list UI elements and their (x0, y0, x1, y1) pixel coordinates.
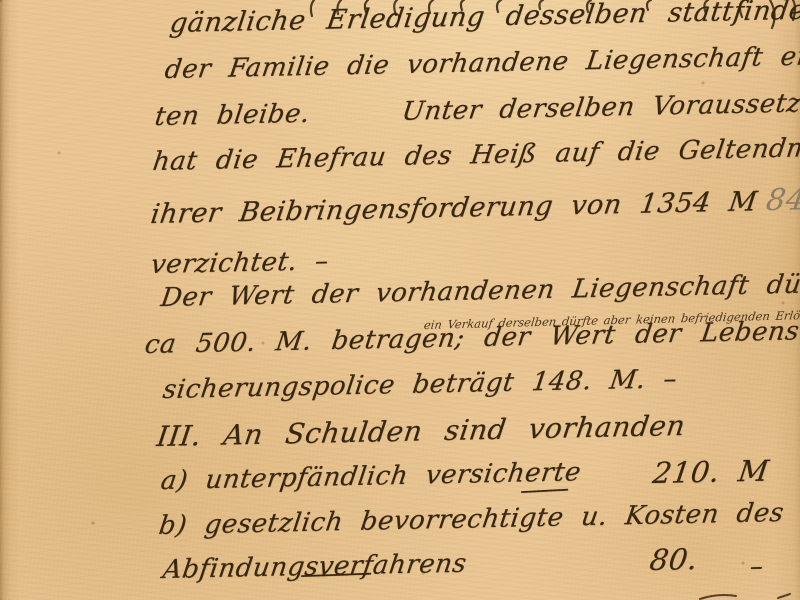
line-3-left: ten bleibe. (153, 99, 312, 132)
amount-80-trailing-dash: – (748, 552, 766, 582)
next-line-remnant-strokes (0, 588, 800, 600)
manuscript-line-5: ihrer Beibringensforderung von 1354 M84₰ (149, 182, 800, 231)
manuscript-line-1: gänzliche Erledigung desselben stattfind… (168, 0, 800, 39)
manuscript-line-4: hat die Ehefrau des Heiß auf die Geltend… (151, 131, 800, 177)
line-3-right: Unter derselben Voraussetzung (400, 87, 800, 126)
filler-dash-a: —— (519, 474, 567, 506)
manuscript-line-6: verzichtet. – (149, 246, 331, 280)
amount-210-mark: 210. M (651, 454, 772, 490)
filler-dash-b: ——— (299, 558, 369, 590)
amount-80-mark: 80. (648, 542, 700, 577)
manuscript-line-2: der Familie die vorhandene Liegenschaft … (163, 40, 800, 85)
paper-specks (0, 0, 2, 2)
manuscript-line-11: III. An Schulden sind vorhanden (155, 409, 688, 453)
pencil-amount-84: 84 (764, 182, 800, 218)
manuscript-line-13: b) gesetzlich bevorrechtigte u. Kosten d… (157, 498, 786, 541)
manuscript-line-10: sicherungspolice beträgt 148. M. – (161, 364, 679, 405)
manuscript-line-3: ten bleibe.Unter derselben Voraussetzung (153, 87, 800, 132)
claim-amount-text: ihrer Beibringensforderung von 1354 M (149, 186, 760, 230)
manuscript-page: gänzliche Erledigung desselben stattfind… (0, 0, 800, 600)
